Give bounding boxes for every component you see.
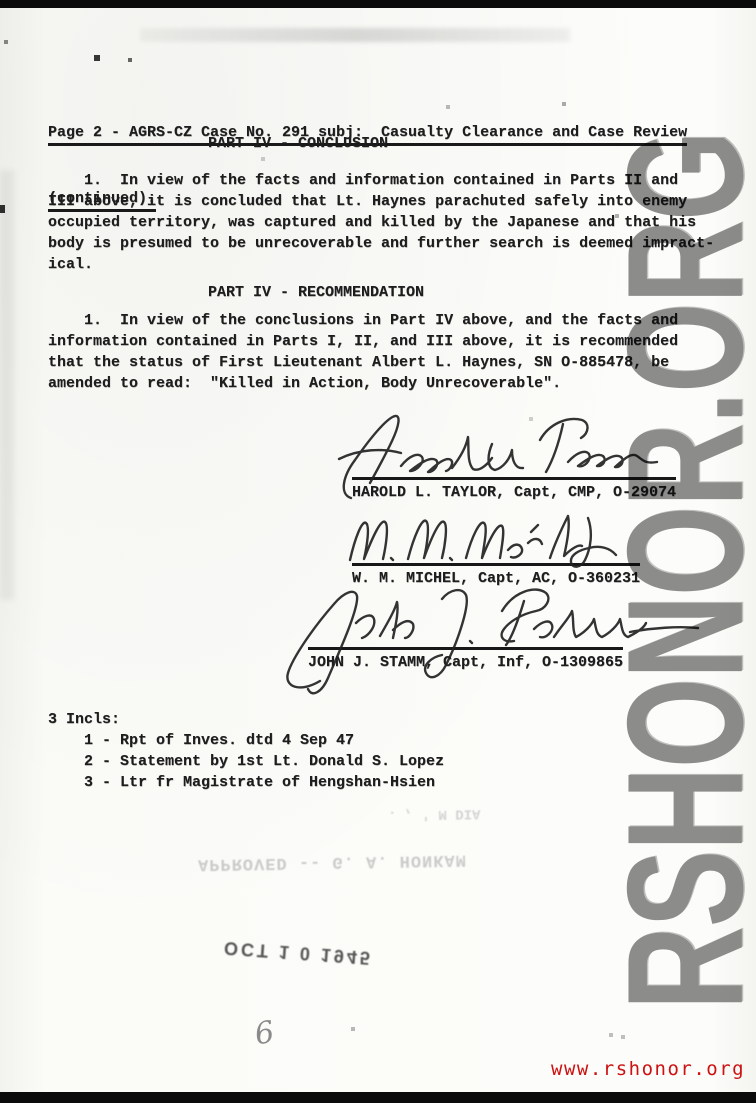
bleedthrough-fragment: . , ' M DIA	[388, 805, 481, 823]
scan-edge-bottom	[0, 1092, 756, 1103]
scan-smudge	[0, 170, 14, 600]
watermark-text: RSHONOR.ORG	[581, 132, 756, 1010]
enclosure-item: 1 - Rpt of Inves. dtd 4 Sep 47	[48, 730, 444, 751]
date-stamp: OCT 1 0 1945	[223, 937, 373, 968]
enclosures-list: 1 - Rpt of Inves. dtd 4 Sep 47 2 - State…	[48, 730, 444, 793]
section-heading-recommendation: PART IV - RECOMMENDATION	[208, 282, 424, 303]
scan-edge-top	[0, 0, 756, 8]
bleedthrough-approved-line: APPROVED -- G. A. HONKAM	[198, 850, 467, 874]
enclosures-title: 3 Incls:	[48, 709, 120, 730]
watermark-rshonor: RSHONOR.ORG	[612, 110, 756, 1010]
section-heading-conclusion: PART IV - CONCLUSION	[208, 133, 388, 154]
signature-wm-michel-script	[342, 498, 622, 573]
enclosure-item: 2 - Statement by 1st Lt. Donald S. Lopez	[48, 751, 444, 772]
scan-streak	[140, 28, 570, 42]
enclosure-item: 3 - Ltr fr Magistrate of Hengshan-Hsien	[48, 772, 444, 793]
footer-url: www.rshonor.org	[551, 1058, 745, 1080]
handwritten-mark: 6	[252, 1015, 277, 1053]
scanned-document-page: Page 2 - AGRS-CZ Case No. 291 subj: Casu…	[0, 0, 756, 1103]
